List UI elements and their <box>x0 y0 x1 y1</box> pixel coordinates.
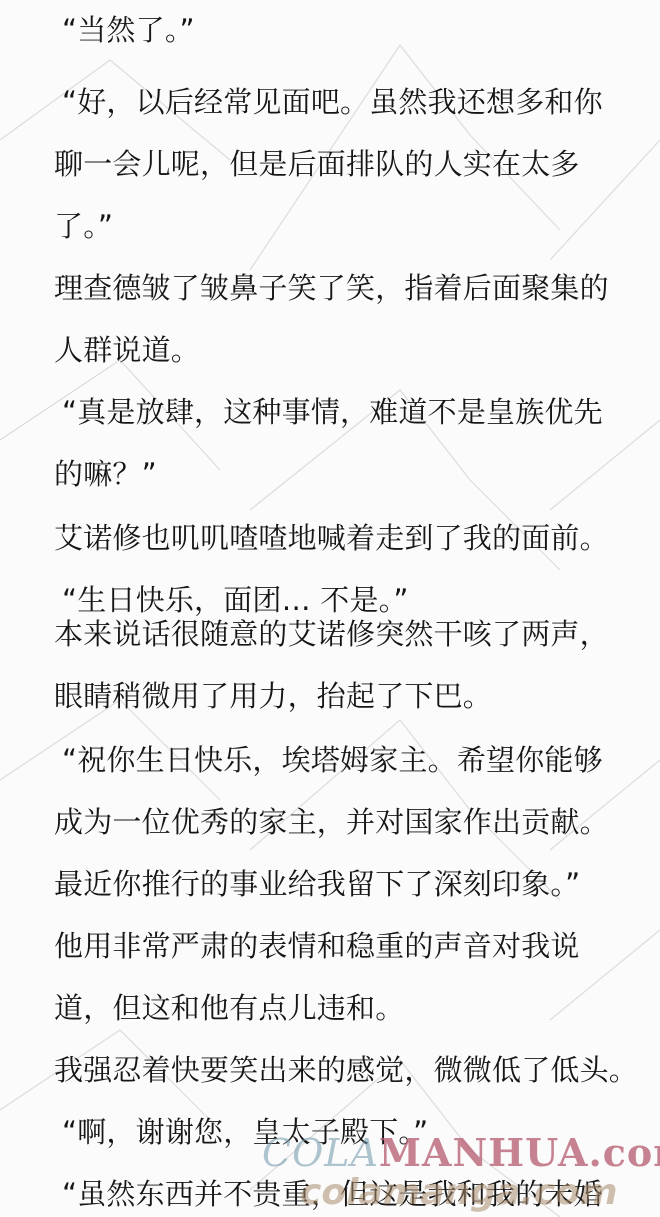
site-watermark-secondary: colamanga.com <box>300 1172 617 1213</box>
site-watermark: COLAMANHUA.com <box>262 1130 660 1175</box>
text-line: 聊一会儿呢，但是后面排队的人实在太多 <box>54 146 580 182</box>
text-line: 本来说话很随意的艾诺修突然干咳了两声， <box>54 616 609 652</box>
text-line: 了。” <box>54 208 113 244</box>
text-line: 艾诺修也叽叽喳喳地喊着走到了我的面前。 <box>54 520 609 556</box>
text-line: 他用非常严肃的表情和稳重的声音对我说 <box>54 928 580 964</box>
text-line: “真是放肆，这种事情，难道不是皇族优先 <box>62 394 603 430</box>
text-line: 眼睛稍微用了用力，抬起了下巴。 <box>54 678 492 714</box>
watermark-main: MANHUA.com <box>379 1130 660 1175</box>
text-line: 理查德皱了皱鼻子笑了笑，指着后面聚集的 <box>54 270 609 306</box>
text-line: “祝你生日快乐，埃塔姆家主。希望你能够 <box>62 742 603 778</box>
watermark-prefix: COLA <box>262 1131 379 1175</box>
novel-page: “当然了。” “好，以后经常见面吧。虽然我还想多和你 聊一会儿呢，但是后面排队的… <box>0 0 660 1217</box>
text-line: 的嘛？” <box>54 456 157 492</box>
text-line: 人群说道。 <box>54 332 200 368</box>
text-line: 最近你推行的事业给我留下了深刻印象。” <box>54 866 580 902</box>
text-line: “生日快乐，面团… 不是。” <box>62 582 409 618</box>
text-line: “好，以后经常见面吧。虽然我还想多和你 <box>62 84 603 120</box>
text-line: 道，但这和他有点儿违和。 <box>54 990 404 1026</box>
text-line: “当然了。” <box>62 12 195 48</box>
text-line: 我强忍着快要笑出来的感觉，微微低了低头。 <box>54 1052 638 1088</box>
text-line: 成为一位优秀的家主，并对国家作出贡献。 <box>54 804 609 840</box>
